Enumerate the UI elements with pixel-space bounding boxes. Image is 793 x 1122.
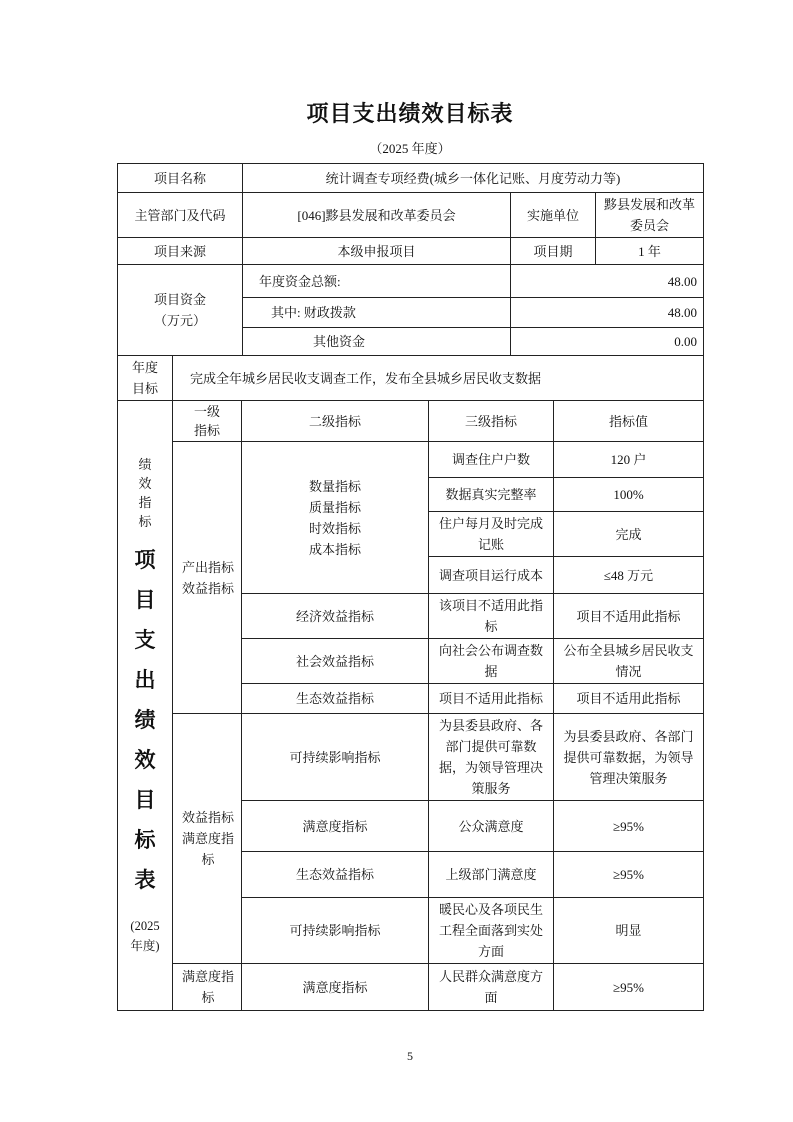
funds-other-value: 0.00	[511, 328, 704, 356]
page-subtitle: （2025 年度）	[117, 140, 703, 158]
project-name-label: 项目名称	[118, 164, 243, 193]
level2-quad-indicators: 数量指标 质量指标 时效指标 成本指标	[242, 442, 429, 594]
level2-cell: 社会效益指标	[242, 639, 429, 684]
value-cell: 为县委县政府、各部门提供可靠数据，为领导管理决策服务	[554, 714, 704, 801]
side-label-year: (2025 年度)	[125, 916, 165, 956]
level2-cell: 可持续影响指标	[242, 714, 429, 801]
header-level1: 一级 指标	[173, 401, 242, 442]
value-cell: 公布全县城乡居民收支情况	[554, 639, 704, 684]
impl-unit-label: 实施单位	[511, 193, 596, 238]
level3-cell: 上级部门满意度	[429, 852, 554, 898]
value-cell: ≥95%	[554, 801, 704, 852]
level2-cell: 满意度指标	[242, 801, 429, 852]
level2-cell: 满意度指标	[242, 964, 429, 1011]
page-title: 项目支出绩效目标表	[117, 101, 703, 127]
level2-cell: 生态效益指标	[242, 684, 429, 714]
row-annual-goal: 年度 目标 完成全年城乡居民收支调查工作，发布全县城乡居民收支数据	[118, 356, 704, 401]
project-info-table: 项目名称 统计调查专项经费(城乡一体化记账、月度劳动力等) 主管部门及代码 [0…	[117, 163, 704, 356]
funds-total-value: 48.00	[511, 265, 704, 298]
period-value: 1 年	[596, 238, 704, 265]
funds-other-label: 其他资金	[243, 328, 511, 356]
header-level3: 三级指标	[429, 401, 554, 442]
value-cell: ≥95%	[554, 964, 704, 1011]
dept-label: 主管部门及代码	[118, 193, 243, 238]
level3-cell: 数据真实完整率	[429, 478, 554, 512]
level3-cell: 项目不适用此指标	[429, 684, 554, 714]
level3-cell: 该项目不适用此指标	[429, 594, 554, 639]
value-cell: 100%	[554, 478, 704, 512]
value-cell: 项目不适用此指标	[554, 594, 704, 639]
level2-cell: 生态效益指标	[242, 852, 429, 898]
header-value: 指标值	[554, 401, 704, 442]
indicators-table: 绩效指标 项目支出绩效目标表 (2025 年度) 一级 指标 二级指标 三级指标…	[117, 400, 704, 1011]
row-source: 项目来源 本级申报项目 项目期 1 年	[118, 238, 704, 265]
level3-cell: 暖民心及各项民生工程全面落到实处方面	[429, 898, 554, 964]
table-row: 效益指标满意度指标 可持续影响指标 为县委县政府、各部门提供可靠数据，为领导管理…	[118, 714, 704, 801]
value-cell: 120 户	[554, 442, 704, 478]
funds-label: 项目资金 （万元）	[118, 265, 243, 356]
value-cell: 项目不适用此指标	[554, 684, 704, 714]
annual-goal-value: 完成全年城乡居民收支调查工作，发布全县城乡居民收支数据	[173, 356, 704, 401]
level3-cell: 为县委县政府、各部门提供可靠数据，为领导管理决策服务	[429, 714, 554, 801]
level3-cell: 调查项目运行成本	[429, 557, 554, 594]
side-label-table-title: 项目支出绩效目标表	[134, 540, 156, 900]
funds-fiscal-label: 其中: 财政拨款	[243, 298, 511, 328]
level1-group-satisfaction: 满意度指标	[173, 964, 242, 1011]
funds-fiscal-value: 48.00	[511, 298, 704, 328]
side-title-cell: 绩效指标 项目支出绩效目标表 (2025 年度)	[118, 401, 173, 1011]
value-cell: 明显	[554, 898, 704, 964]
row-department: 主管部门及代码 [046]黟县发展和改革委员会 实施单位 黟县发展和改革委员会	[118, 193, 704, 238]
side-label-performance-indicators: 绩效指标	[138, 455, 152, 531]
funds-total-label: 年度资金总额:	[243, 265, 511, 298]
document-page: 项目支出绩效目标表 （2025 年度） 项目名称 统计调查专项经费(城乡一体化记…	[117, 0, 703, 1064]
level3-cell: 住户每月及时完成记账	[429, 512, 554, 557]
level3-cell: 人民群众满意度方面	[429, 964, 554, 1011]
impl-unit-value: 黟县发展和改革委员会	[596, 193, 704, 238]
value-cell: ≤48 万元	[554, 557, 704, 594]
header-level2: 二级指标	[242, 401, 429, 442]
level3-cell: 公众满意度	[429, 801, 554, 852]
level3-cell: 调查住户户数	[429, 442, 554, 478]
dept-value: [046]黟县发展和改革委员会	[243, 193, 511, 238]
period-label: 项目期	[511, 238, 596, 265]
indicators-header-row: 绩效指标 项目支出绩效目标表 (2025 年度) 一级 指标 二级指标 三级指标…	[118, 401, 704, 442]
value-cell: 完成	[554, 512, 704, 557]
level2-cell: 可持续影响指标	[242, 898, 429, 964]
level3-cell: 向社会公布调查数据	[429, 639, 554, 684]
source-value: 本级申报项目	[243, 238, 511, 265]
project-name-value: 统计调查专项经费(城乡一体化记账、月度劳动力等)	[243, 164, 704, 193]
annual-goal-table: 年度 目标 完成全年城乡居民收支调查工作，发布全县城乡居民收支数据	[117, 355, 704, 401]
source-label: 项目来源	[118, 238, 243, 265]
table-row: 满意度指标 满意度指标 人民群众满意度方面 ≥95%	[118, 964, 704, 1011]
annual-goal-label: 年度 目标	[118, 356, 173, 401]
row-project-name: 项目名称 统计调查专项经费(城乡一体化记账、月度劳动力等)	[118, 164, 704, 193]
value-cell: ≥95%	[554, 852, 704, 898]
level2-cell: 经济效益指标	[242, 594, 429, 639]
table-row: 产出指标效益指标 数量指标 质量指标 时效指标 成本指标 调查住户户数 120 …	[118, 442, 704, 478]
level1-group-benefit-satisfaction: 效益指标满意度指标	[173, 714, 242, 964]
page-number: 5	[117, 1048, 703, 1064]
level1-group-output-benefit: 产出指标效益指标	[173, 442, 242, 714]
row-funds-total: 项目资金 （万元） 年度资金总额: 48.00	[118, 265, 704, 298]
